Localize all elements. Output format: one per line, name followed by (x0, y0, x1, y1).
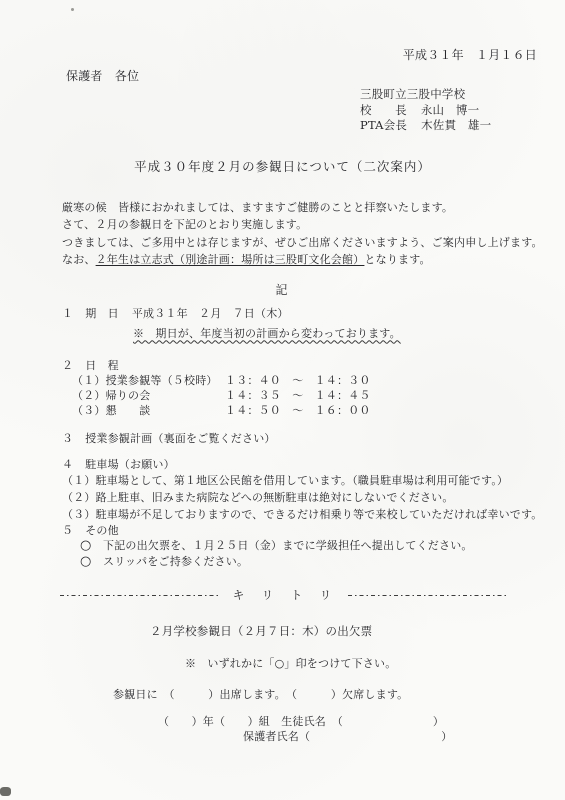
guardian-name-label: 保護者氏名（ (243, 730, 310, 743)
item5-other-header: ５その他 (62, 523, 565, 538)
school-name: 三股町立三股中学校 (360, 87, 565, 103)
parking-note: （３）駐車場が不足しておりますので、できるだけ相乗り等で来校していただければ幸い… (62, 506, 565, 523)
schedule-time: １４：５０ ～ １６：００ (225, 404, 371, 417)
student-name-line: （ ）年（ ）組 生徒氏名 （） (158, 714, 565, 729)
circle-bullet-icon: ○ (80, 554, 103, 570)
closing-paren: ） (433, 715, 444, 728)
reply-slip-title: ２月学校参観日（２月７日：木）の出欠票 (150, 624, 565, 639)
schedule-row: （１）授業参観等（５校時）１３：４０ ～ １４：３０ (72, 373, 565, 388)
item1-number: １ (62, 307, 73, 320)
dash-dot-rule (60, 595, 219, 596)
reply-slip-instruction: ※ いずれかに「○」印をつけて下さい。 (185, 656, 565, 671)
attendance-choice-line: 参観日に （ ）出席します。 （ ）欠席します。 (113, 687, 565, 702)
record-marker: 記 (0, 283, 565, 297)
note-suffix: となります。 (364, 253, 430, 266)
note-prefix: なお、 (62, 253, 96, 266)
item2-number: ２ (62, 359, 73, 372)
principal-title: 校 長 (360, 103, 407, 117)
body-paragraphs: 厳寒の候 皆様におかれましては、ますますご健勝のことと拝察いたします。 さて、２… (62, 199, 565, 269)
student-name-label: （ ）年（ ）組 生徒氏名 （ (158, 715, 343, 728)
schedule-row: （２）帰りの会１４：３５ ～ １４：４５ (72, 388, 565, 403)
item5-label: その他 (85, 524, 119, 537)
circle-bullet-icon: ○ (80, 538, 103, 554)
recipient-line: 保護者 各位 (66, 69, 565, 84)
schedule-time: １４：３５ ～ １４：４５ (225, 389, 371, 402)
item2-label: 日 程 (85, 359, 119, 372)
schedule-activity: （２）帰りの会 (72, 388, 225, 403)
dash-dot-rule (348, 595, 507, 596)
cut-here-label: キ リ ト リ (233, 588, 335, 602)
item1-warning-note: ※ 期日が、年度当初の計画から変わっております。 (133, 326, 565, 341)
principal-name: 永山 博一 (421, 103, 480, 117)
pta-name: 木佐貫 雄一 (421, 118, 491, 132)
other-note: ○スリッパをご持参ください。 (80, 554, 565, 570)
pta-title: PTA会長 (360, 118, 407, 132)
item4-label: 駐車場（お願い） (85, 458, 175, 471)
item4-parking-header: ４駐車場（お願い） (62, 457, 565, 472)
closing-paren: ） (441, 730, 452, 743)
cut-here-line: キ リ ト リ (60, 588, 507, 602)
scan-artifact (0, 787, 11, 796)
note-underlined-phrase: ２年生は立志式（別途計画：場所は三股町文化会館） (96, 253, 365, 266)
pta-line: PTA会長木佐貫 雄一 (360, 118, 565, 134)
paragraph-purpose: さて、２月の参観日を下記のとおり実施します。 (62, 216, 565, 234)
document-title: 平成３０年度２月の参観日について（二次案内） (0, 160, 565, 174)
paragraph-note: なお、２年生は立志式（別途計画：場所は三股町文化会館）となります。 (62, 251, 565, 269)
sender-block: 三股町立三股中学校 校 長永山 博一 PTA会長木佐貫 雄一 (360, 87, 565, 134)
parking-note: （２）路上駐車、旧みまた病院などへの無断駐車は絶対にしないでください。 (62, 489, 565, 506)
paragraph-invitation: つきましては、ご多用中とは存じますが、ぜひご出席くださいますよう、ご案内申し上げ… (62, 234, 565, 252)
item1-value: 平成３１年 ２月 ７日（木） (132, 307, 289, 320)
schedule-activity: （３）懇 談 (72, 403, 225, 418)
item2-schedule-header: ２日 程 (62, 358, 565, 373)
scan-artifact (71, 8, 74, 11)
other-note-text: 下記の出欠票を、１月２５日（金）までに学級担任へ提出してください。 (103, 539, 473, 552)
item1-label: 期 日 (85, 307, 119, 320)
item4-number: ４ (62, 458, 73, 471)
schedule-row: （３）懇 談１４：５０ ～ １６：００ (72, 403, 565, 418)
paragraph-greeting: 厳寒の候 皆様におかれましては、ますますご健勝のことと拝察いたします。 (62, 199, 565, 217)
other-note-text: スリッパをご持参ください。 (103, 555, 248, 568)
principal-line: 校 長永山 博一 (360, 103, 565, 119)
parking-note: （１）駐車場として、第１地区公民館を借用しています。（職員駐車場は利用可能です。… (62, 472, 565, 489)
item3-plan-line: ３授業参観計画（裏面をご覧ください） (62, 431, 565, 446)
item3-label: 授業参観計画（裏面をご覧ください） (85, 432, 275, 445)
guardian-name-line: 保護者氏名（） (243, 729, 565, 744)
item3-number: ３ (62, 432, 73, 445)
schedule-activity: （１）授業参観等（５校時） (72, 373, 225, 388)
item1-date-line: １期 日平成３１年 ２月 ７日（木） (62, 306, 565, 321)
scanned-document-page: 平成３１年 １月１６日 保護者 各位 三股町立三股中学校 校 長永山 博一 PT… (0, 0, 565, 800)
document-date: 平成３１年 １月１６日 (0, 48, 565, 63)
schedule-time: １３：４０ ～ １４：３０ (225, 374, 371, 387)
other-note: ○下記の出欠票を、１月２５日（金）までに学級担任へ提出してください。 (80, 538, 565, 554)
item5-number: ５ (62, 524, 73, 537)
